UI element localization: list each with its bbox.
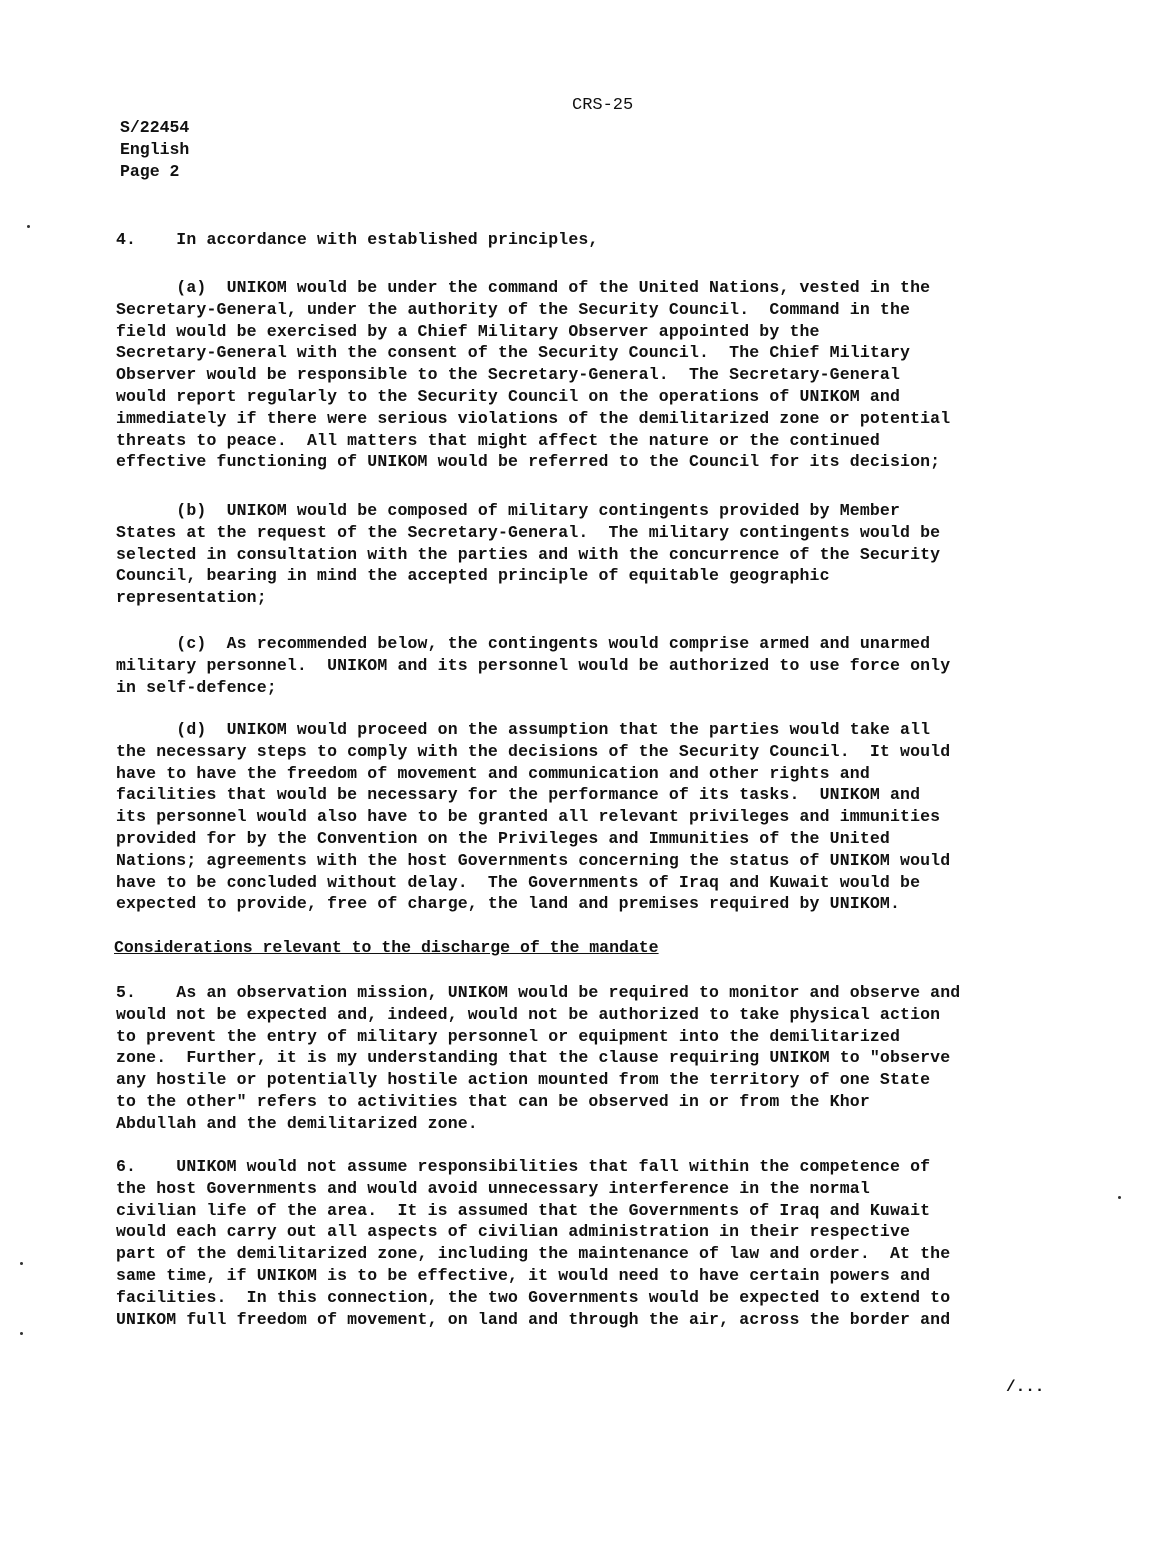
scan-speck bbox=[27, 225, 30, 228]
document-language: English bbox=[120, 139, 189, 161]
crs-page-label: CRS-25 bbox=[572, 96, 633, 115]
paragraph-4c: (c) As recommended below, the contingent… bbox=[116, 633, 950, 698]
scan-speck bbox=[20, 1332, 23, 1335]
paragraph-4-intro: 4. In accordance with established princi… bbox=[116, 229, 598, 251]
section-heading: Considerations relevant to the discharge… bbox=[114, 938, 659, 957]
scan-speck bbox=[20, 1262, 23, 1265]
document-symbol: S/22454 bbox=[120, 117, 189, 139]
continuation-marker: /... bbox=[1006, 1378, 1044, 1396]
document-page: CRS-25 S/22454 English Page 2 4. In acco… bbox=[0, 0, 1166, 1550]
paragraph-6: 6. UNIKOM would not assume responsibilit… bbox=[116, 1156, 950, 1330]
document-page-number: Page 2 bbox=[120, 161, 189, 183]
paragraph-4b: (b) UNIKOM would be composed of military… bbox=[116, 500, 940, 609]
paragraph-4d: (d) UNIKOM would proceed on the assumpti… bbox=[116, 719, 950, 915]
document-meta: S/22454 English Page 2 bbox=[120, 117, 189, 183]
paragraph-5: 5. As an observation mission, UNIKOM wou… bbox=[116, 982, 960, 1135]
paragraph-4a: (a) UNIKOM would be under the command of… bbox=[116, 277, 950, 473]
scan-speck bbox=[1118, 1196, 1121, 1199]
